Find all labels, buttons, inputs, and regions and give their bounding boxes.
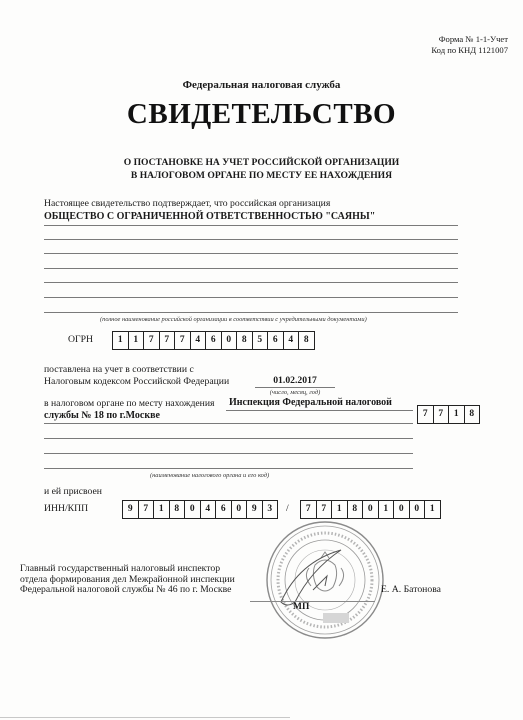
digit-cell: 7	[139, 501, 155, 518]
authority-line	[44, 468, 413, 469]
page-edge-line	[0, 717, 290, 718]
organization-name: ОБЩЕСТВО С ОГРАНИЧЕННОЙ ОТВЕТСТВЕННОСТЬЮ…	[44, 211, 375, 222]
signer-name: Е. А. Батонова	[381, 584, 441, 595]
digit-cell: 7	[418, 406, 434, 423]
stamp-label: МП	[293, 602, 309, 612]
digit-cell: 0	[232, 501, 248, 518]
digit-cell: 6	[216, 501, 232, 518]
authority-line	[226, 410, 413, 411]
org-name-line	[44, 297, 458, 298]
registration-date: 01.02.2017	[255, 375, 335, 386]
subtitle-line-2: В НАЛОГОВОМ ОРГАНЕ ПО МЕСТУ ЕЕ НАХОЖДЕНИ…	[0, 169, 523, 182]
digit-cell: 7	[434, 406, 450, 423]
agency-name: Федеральная налоговая служба	[0, 79, 523, 91]
knd-code: Код по КНД 1121007	[431, 45, 508, 56]
signature-line	[250, 601, 375, 602]
form-number: Форма № 1-1-Учет	[439, 34, 508, 45]
org-name-line	[44, 225, 458, 226]
digit-cell: 8	[170, 501, 186, 518]
authority-name-line-2: службы № 18 по г.Москве	[44, 410, 160, 421]
digit-cell: 1	[332, 501, 348, 518]
digit-cell: 8	[465, 406, 480, 423]
registration-line-2: Налоговым кодексом Российской Федерации	[44, 376, 229, 387]
org-name-line	[44, 282, 458, 283]
digit-cell: 0	[363, 501, 379, 518]
digit-cell: 4	[284, 332, 300, 349]
authority-prefix: в налоговом органе по месту нахождения	[44, 398, 215, 409]
org-name-caption: (полное наименование российской организа…	[100, 316, 367, 323]
subtitle-line-1: О ПОСТАНОВКЕ НА УЧЕТ РОССИЙСКОЙ ОРГАНИЗА…	[0, 156, 523, 169]
digit-cell: 7	[301, 501, 317, 518]
org-name-line	[44, 312, 458, 313]
kpp-digits: 771801001	[300, 500, 441, 519]
date-line	[255, 387, 335, 388]
registration-line-1: поставлена на учет в соответствии с	[44, 364, 194, 375]
inn-kpp-separator: /	[286, 503, 289, 514]
position-line-3: Федеральной налоговой службы № 46 по г. …	[20, 585, 235, 596]
assigned-label: и ей присвоен	[44, 486, 102, 497]
digit-cell: 1	[129, 332, 145, 349]
digit-cell: 4	[201, 501, 217, 518]
org-name-line	[44, 253, 458, 254]
digit-cell: 6	[206, 332, 222, 349]
digit-cell: 1	[113, 332, 129, 349]
digit-cell: 7	[175, 332, 191, 349]
signer-position: Главный государственный налоговый инспек…	[20, 564, 235, 596]
digit-cell: 6	[268, 332, 284, 349]
digit-cell: 1	[449, 406, 465, 423]
digit-cell: 8	[299, 332, 314, 349]
ogrn-label: ОГРН	[68, 334, 93, 345]
digit-cell: 1	[425, 501, 440, 518]
certificate-intro: Настоящее свидетельство подтверждает, чт…	[44, 198, 330, 209]
digit-cell: 1	[379, 501, 395, 518]
digit-cell: 0	[222, 332, 238, 349]
authority-line	[44, 438, 413, 439]
document-title: СВИДЕТЕЛЬСТВО	[0, 98, 523, 131]
digit-cell: 8	[348, 501, 364, 518]
org-name-line	[44, 268, 458, 269]
authority-name-line-1: Инспекция Федеральной налоговой	[229, 397, 392, 408]
authority-line	[44, 453, 413, 454]
authority-code-digits: 7718	[417, 405, 480, 424]
org-name-line	[44, 239, 458, 240]
digit-cell: 3	[263, 501, 278, 518]
digit-cell: 0	[410, 501, 426, 518]
official-seal-icon	[265, 520, 385, 640]
ogrn-digits: 1177746085648	[112, 331, 315, 350]
document-subtitle: О ПОСТАНОВКЕ НА УЧЕТ РОССИЙСКОЙ ОРГАНИЗА…	[0, 156, 523, 182]
digit-cell: 0	[394, 501, 410, 518]
authority-caption: (наименование налогового органа и его ко…	[150, 472, 269, 479]
digit-cell: 7	[144, 332, 160, 349]
digit-cell: 7	[160, 332, 176, 349]
date-caption: (число, месяц, год)	[255, 389, 335, 396]
inn-digits: 9718046093	[122, 500, 278, 519]
digit-cell: 7	[317, 501, 333, 518]
digit-cell: 5	[253, 332, 269, 349]
inn-kpp-label: ИНН/КПП	[44, 503, 88, 514]
digit-cell: 1	[154, 501, 170, 518]
digit-cell: 9	[247, 501, 263, 518]
digit-cell: 0	[185, 501, 201, 518]
position-line-1: Главный государственный налоговый инспек…	[20, 564, 235, 575]
digit-cell: 4	[191, 332, 207, 349]
authority-line	[44, 423, 413, 424]
digit-cell: 8	[237, 332, 253, 349]
digit-cell: 9	[123, 501, 139, 518]
